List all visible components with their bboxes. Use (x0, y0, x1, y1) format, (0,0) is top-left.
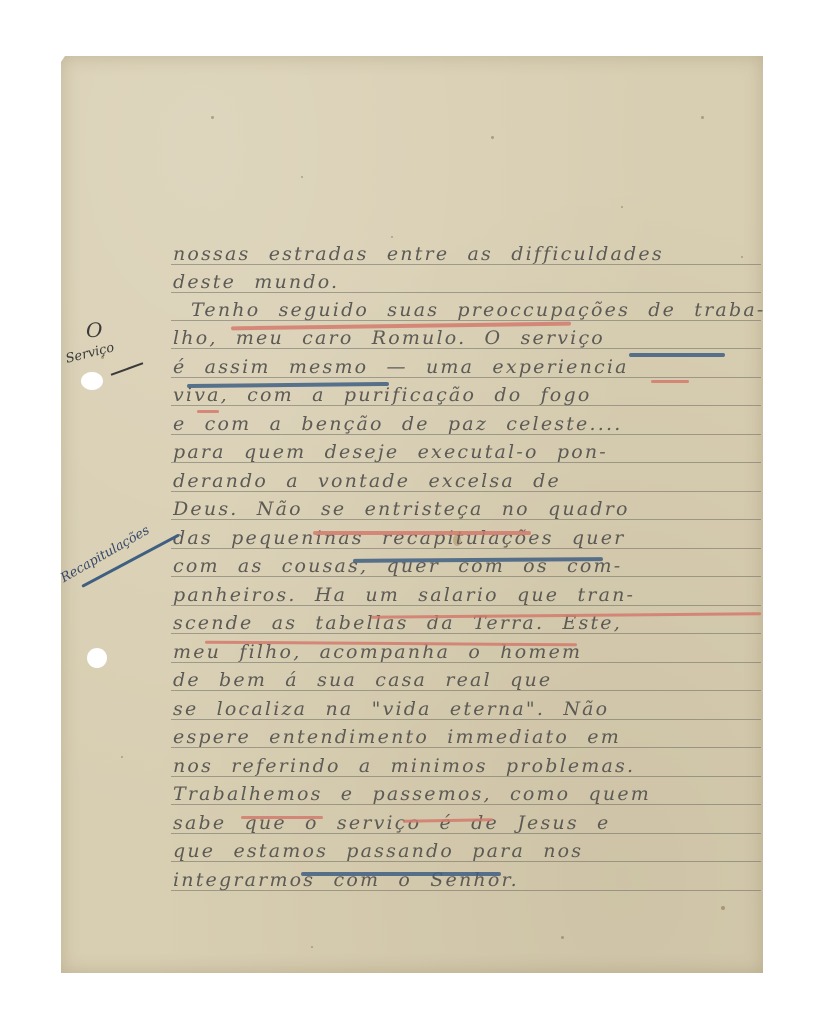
text-line: panheiros. Ha um salario que tran- (173, 581, 759, 609)
text-line: Deus. Não se entristeça no quadro (173, 495, 759, 523)
text-line: Tenho seguido suas preoccupações de trab… (191, 296, 777, 324)
text-line: Trabalhemos e passemos, como quem (173, 780, 759, 808)
text-line: sabe que o serviço é de Jesus e (173, 809, 759, 837)
paper-speck (311, 946, 313, 948)
text-line: e com a benção de paz celeste.... (173, 410, 759, 438)
hole-punch (81, 372, 103, 390)
hole-punch (87, 648, 107, 668)
red-underline (197, 410, 219, 413)
text-line: para quem deseje executal-o pon- (173, 438, 759, 466)
paper-speck (721, 906, 725, 910)
blue-underline (301, 872, 501, 876)
text-line: das pequeninas recapitulações quer (173, 524, 759, 552)
paper-speck (621, 206, 623, 208)
text-line: com as cousas, quer com os com- (173, 552, 759, 580)
text-line: espere entendimento immediato em (173, 723, 759, 751)
text-line: se localiza na "vida eterna". Não (173, 695, 759, 723)
letter-page: nossas estradas entre as difficuldades d… (61, 56, 763, 973)
margin-note-o: O (86, 318, 102, 342)
paper-speck (121, 756, 123, 758)
paper-speck (561, 936, 564, 939)
paper-speck (211, 116, 214, 119)
blue-underline (629, 353, 725, 357)
red-underline (313, 531, 531, 535)
text-line: deste mundo. (173, 268, 759, 296)
text-line: integrarmos com o Senhor. (173, 866, 759, 894)
red-underline (651, 380, 689, 383)
text-line: derando a vontade excelsa de (173, 467, 759, 495)
text-line: é assim mesmo — uma experiencia (173, 353, 759, 381)
paper-speck (701, 116, 704, 119)
paper-speck (301, 176, 303, 178)
text-line: que estamos passando para nos (173, 837, 759, 865)
text-line: nos referindo a minimos problemas. (173, 752, 759, 780)
text-line: nossas estradas entre as difficuldades (173, 240, 759, 268)
paper-speck (391, 236, 393, 238)
paper-speck (491, 136, 494, 139)
red-underline (241, 816, 323, 819)
text-line: de bem á sua casa real que (173, 666, 759, 694)
